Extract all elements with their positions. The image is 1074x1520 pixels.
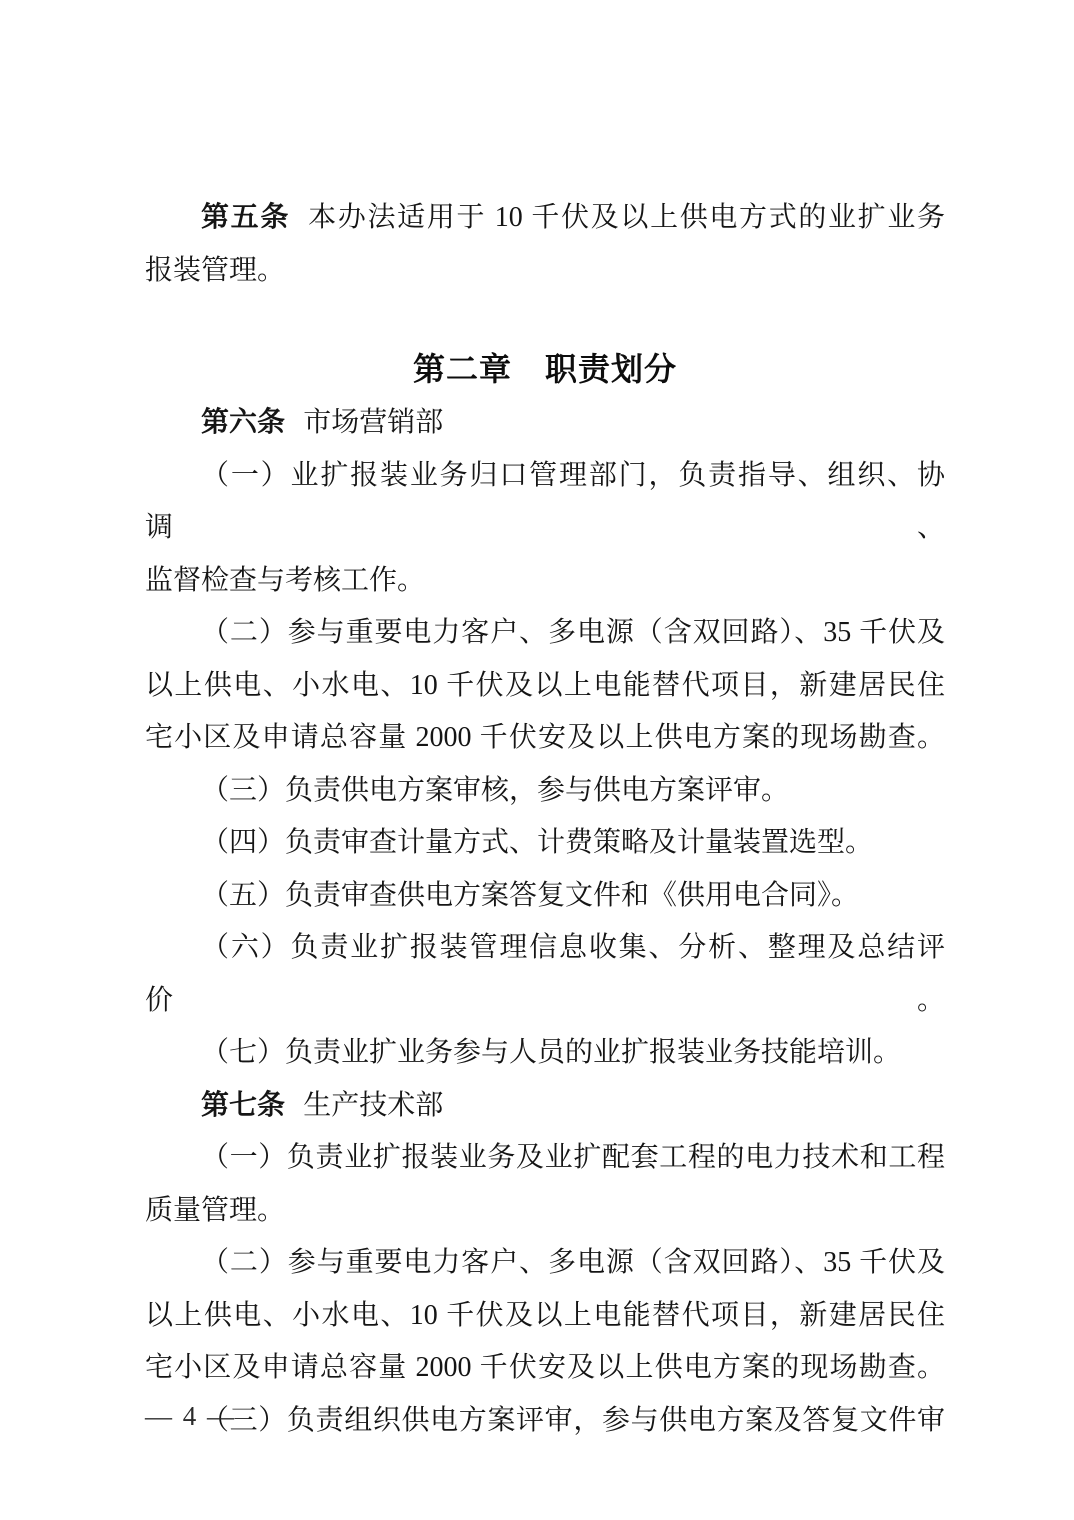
- text-line: （七）负责业扩业务参与人员的业扩报装业务技能培训。: [145, 1027, 945, 1080]
- text-line: 以上供电、小水电、10 千伏及以上电能替代项目，新建居民住: [145, 660, 945, 713]
- text-line: （三）负责供电方案审核，参与供电方案评审。: [145, 765, 945, 818]
- article-title: 生产技术部: [303, 1090, 443, 1121]
- document-content: 第五条本办法适用于 10 千伏及以上供电方式的业扩业务 报装管理。 第二章 职责…: [145, 192, 945, 1447]
- article-title: 市场营销部: [303, 407, 443, 438]
- article-label: 第七条: [201, 1090, 285, 1121]
- text-line: 第七条生产技术部: [145, 1080, 945, 1133]
- article-label: 第五条: [201, 202, 290, 233]
- text-line: 质量管理。: [145, 1185, 945, 1238]
- article-5-paragraph: 第五条本办法适用于 10 千伏及以上供电方式的业扩业务 报装管理。: [145, 192, 945, 297]
- text-line: 第五条本办法适用于 10 千伏及以上供电方式的业扩业务: [145, 192, 945, 245]
- article-6-title-paragraph: 第六条市场营销部: [145, 397, 945, 450]
- text-line: （一）业扩报装业务归口管理部门，负责指导、组织、协调、: [145, 450, 945, 555]
- chapter-heading: 第二章 职责划分: [145, 341, 945, 397]
- article-7-item-2: （二）参与重要电力客户、多电源（含双回路）、35 千伏及 以上供电、小水电、10…: [145, 1237, 945, 1395]
- article-7-item-1: （一）负责业扩报装业务及业扩配套工程的电力技术和工程 质量管理。: [145, 1132, 945, 1237]
- article-6-item-6: （六）负责业扩报装管理信息收集、分析、整理及总结评价。: [145, 922, 945, 1027]
- text-line: （三）负责组织供电方案评审，参与供电方案及答复文件审: [145, 1395, 945, 1448]
- article-7-title-paragraph: 第七条生产技术部: [145, 1080, 945, 1133]
- text-line: 监督检查与考核工作。: [145, 555, 945, 608]
- article-6-item-4: （四）负责审查计量方式、计费策略及计量装置选型。: [145, 817, 945, 870]
- text-line: 宅小区及申请总容量 2000 千伏安及以上供电方案的现场勘查。: [145, 712, 945, 765]
- article-label: 第六条: [201, 407, 285, 438]
- text-line: 第六条市场营销部: [145, 397, 945, 450]
- text-line: 报装管理。: [145, 245, 945, 298]
- text-line: （五）负责审查供电方案答复文件和《供用电合同》。: [145, 870, 945, 923]
- article-6-item-1: （一）业扩报装业务归口管理部门，负责指导、组织、协调、 监督检查与考核工作。: [145, 450, 945, 608]
- article-6-item-5: （五）负责审查供电方案答复文件和《供用电合同》。: [145, 870, 945, 923]
- text-line: 宅小区及申请总容量 2000 千伏安及以上供电方案的现场勘查。: [145, 1342, 945, 1395]
- text-line: 以上供电、小水电、10 千伏及以上电能替代项目，新建居民住: [145, 1290, 945, 1343]
- text-line: （四）负责审查计量方式、计费策略及计量装置选型。: [145, 817, 945, 870]
- article-6-item-3: （三）负责供电方案审核，参与供电方案评审。: [145, 765, 945, 818]
- text-line: （一）负责业扩报装业务及业扩配套工程的电力技术和工程: [145, 1132, 945, 1185]
- article-6-item-2: （二）参与重要电力客户、多电源（含双回路）、35 千伏及 以上供电、小水电、10…: [145, 607, 945, 765]
- page-number: — 4 —: [145, 1400, 236, 1432]
- article-6-item-7: （七）负责业扩业务参与人员的业扩报装业务技能培训。: [145, 1027, 945, 1080]
- text-line: （二）参与重要电力客户、多电源（含双回路）、35 千伏及: [145, 1237, 945, 1290]
- article-text: 本办法适用于 10 千伏及以上供电方式的业扩业务: [308, 202, 945, 233]
- article-7-item-3: （三）负责组织供电方案评审，参与供电方案及答复文件审: [145, 1395, 945, 1448]
- document-page: 第五条本办法适用于 10 千伏及以上供电方式的业扩业务 报装管理。 第二章 职责…: [0, 0, 1074, 1520]
- text-line: （二）参与重要电力客户、多电源（含双回路）、35 千伏及: [145, 607, 945, 660]
- text-line: （六）负责业扩报装管理信息收集、分析、整理及总结评价。: [145, 922, 945, 1027]
